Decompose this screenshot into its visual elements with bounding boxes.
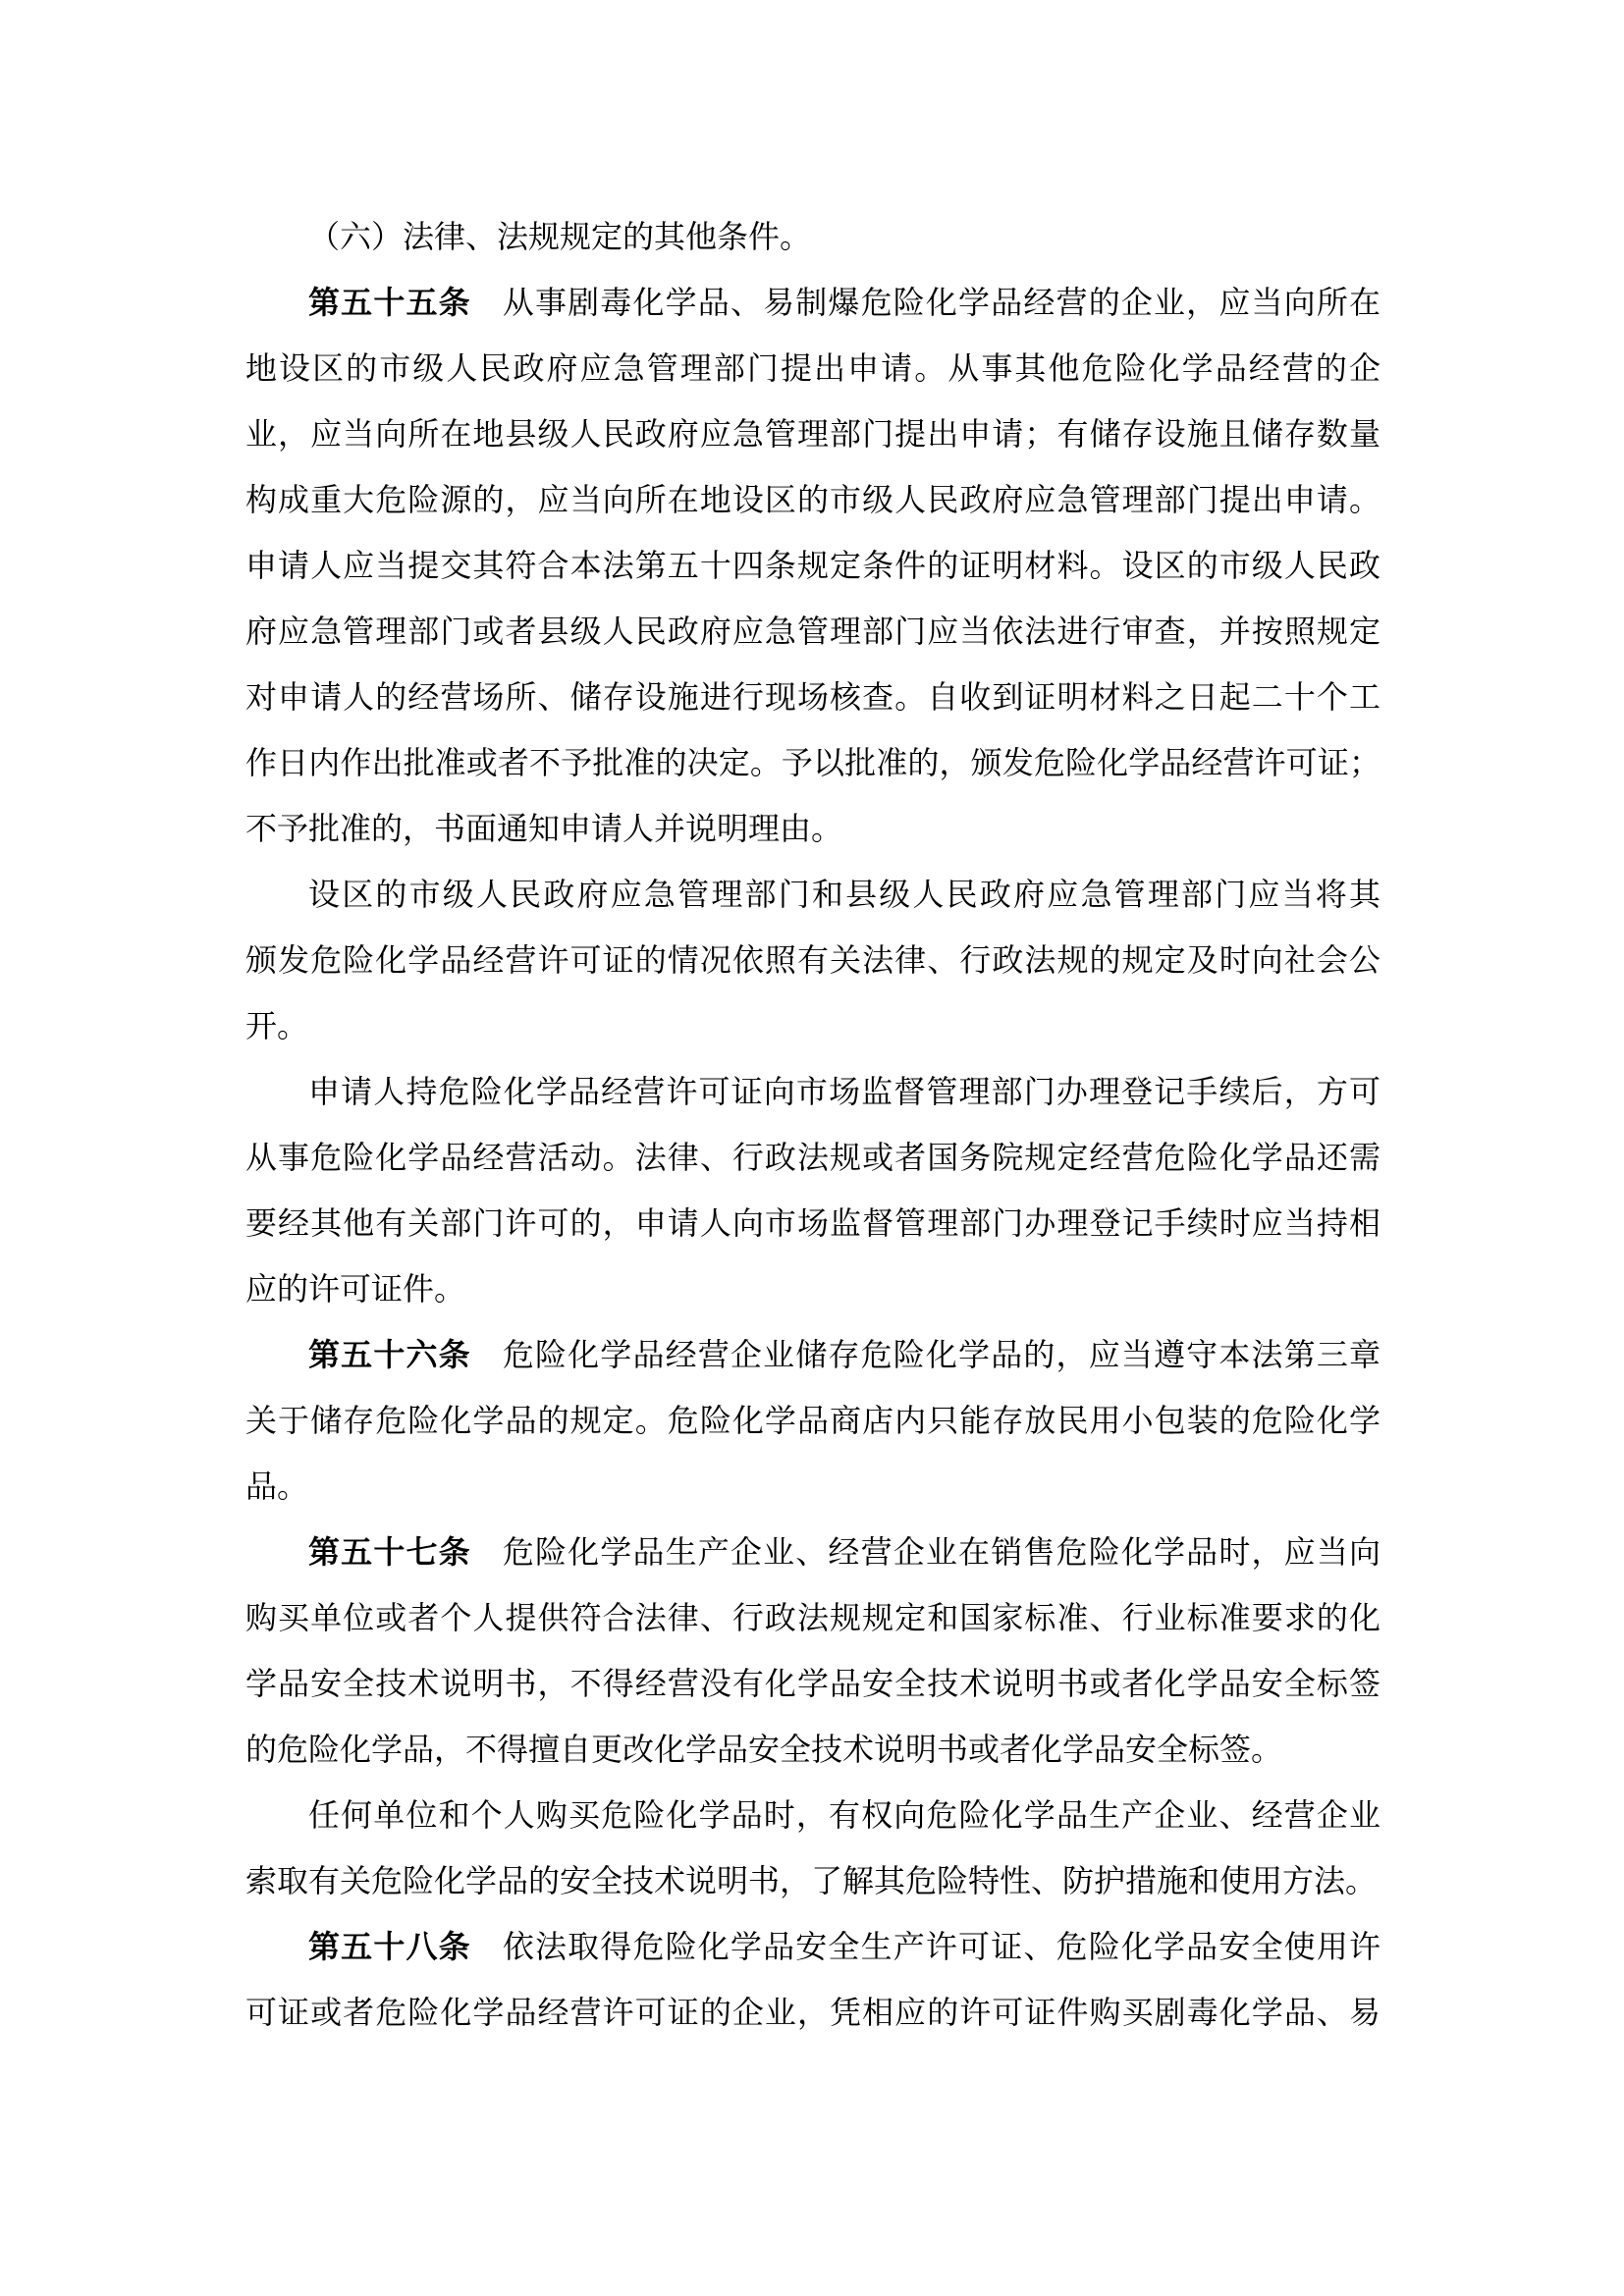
text-line: 构成重大危险源的，应当向所在地设区的市级人民政府应急管理部门提出申请。 (245, 467, 1380, 533)
text-line: 业，应当向所在地县级人民政府应急管理部门提出申请；有储存设施且储存数量 (245, 401, 1380, 467)
text-line: 索取有关危险化学品的安全技术说明书，了解其危险特性、防护措施和使用方法。 (245, 1848, 1380, 1914)
text-line: 地设区的市级人民政府应急管理部门提出申请。从事其他危险化学品经营的企 (245, 336, 1380, 401)
line-text: 的危险化学品，不得擅自更改化学品安全技术说明书或者化学品安全标签。 (245, 1732, 1282, 1767)
line-text: 学品安全技术说明书，不得经营没有化学品安全技术说明书或者化学品安全标签 (245, 1666, 1380, 1701)
line-text: 地设区的市级人民政府应急管理部门提出申请。从事其他危险化学品经营的企 (245, 350, 1380, 386)
text-line: 购买单位或者个人提供符合法律、行政法规规定和国家标准、行业标准要求的化 (245, 1585, 1380, 1651)
article-heading-line: 第五十六条危险化学品经营企业储存危险化学品的，应当遵守本法第三章 (245, 1322, 1380, 1388)
line-text: 府应急管理部门或者县级人民政府应急管理部门应当依法进行审查，并按照规定 (245, 614, 1380, 649)
document-text-block: （六）法律、法规规定的其他条件。第五十五条从事剧毒化学品、易制爆危险化学品经营的… (245, 204, 1380, 2046)
text-line: 设区的市级人民政府应急管理部门和县级人民政府应急管理部门应当将其 (245, 862, 1380, 928)
line-text: 要经其他有关部门许可的，申请人向市场监督管理部门办理登记手续时应当持相 (245, 1205, 1380, 1241)
line-text: 可证或者危险化学品经营许可证的企业，凭相应的许可证件购买剧毒化学品、易 (245, 1995, 1380, 2030)
line-text: 品。 (245, 1468, 308, 1504)
line-text: 从事危险化学品经营活动。法律、行政法规或者国务院规定经营危险化学品还需 (245, 1140, 1380, 1175)
article-number: 第五十八条 (308, 1929, 471, 1964)
line-text: 购买单位或者个人提供符合法律、行政法规规定和国家标准、行业标准要求的化 (245, 1600, 1380, 1635)
text-line: 关于储存危险化学品的规定。危险化学品商店内只能存放民用小包装的危险化学 (245, 1388, 1380, 1454)
text-line: 申请人持危险化学品经营许可证向市场监督管理部门办理登记手续后，方可 (245, 1059, 1380, 1125)
document-page: （六）法律、法规规定的其他条件。第五十五条从事剧毒化学品、易制爆危险化学品经营的… (0, 0, 1624, 2296)
article-number: 第五十七条 (308, 1534, 471, 1570)
line-text: 设区的市级人民政府应急管理部门和县级人民政府应急管理部门应当将其 (308, 877, 1380, 912)
line-text: 任何单位和个人购买危险化学品时，有权向危险化学品生产企业、经营企业 (308, 1797, 1380, 1833)
line-text: 开。 (245, 1008, 308, 1043)
text-line: 可证或者危险化学品经营许可证的企业，凭相应的许可证件购买剧毒化学品、易 (245, 1980, 1380, 2046)
text-line: 要经其他有关部门许可的，申请人向市场监督管理部门办理登记手续时应当持相 (245, 1191, 1380, 1256)
line-text: 申请人应当提交其符合本法第五十四条规定条件的证明材料。设区的市级人民政 (245, 548, 1380, 583)
line-text: 颁发危险化学品经营许可证的情况依照有关法律、行政法规的规定及时向社会公 (245, 942, 1380, 978)
line-text: 危险化学品经营企业储存危险化学品的，应当遵守本法第三章 (503, 1337, 1380, 1372)
text-line: 开。 (245, 993, 1380, 1059)
text-line: 府应急管理部门或者县级人民政府应急管理部门应当依法进行审查，并按照规定 (245, 599, 1380, 665)
text-line: 任何单位和个人购买危险化学品时，有权向危险化学品生产企业、经营企业 (245, 1783, 1380, 1848)
line-text: 关于储存危险化学品的规定。危险化学品商店内只能存放民用小包装的危险化学 (245, 1403, 1380, 1438)
line-text: 构成重大危险源的，应当向所在地设区的市级人民政府应急管理部门提出申请。 (245, 482, 1380, 517)
line-text: 危险化学品生产企业、经营企业在销售危险化学品时，应当向 (503, 1534, 1380, 1570)
line-text: 从事剧毒化学品、易制爆危险化学品经营的企业，应当向所在 (503, 285, 1380, 320)
line-text: 应的许可证件。 (245, 1271, 465, 1307)
article-heading-line: 第五十八条依法取得危险化学品安全生产许可证、危险化学品安全使用许 (245, 1914, 1380, 1980)
article-number: 第五十六条 (308, 1337, 471, 1372)
text-line: 从事危险化学品经营活动。法律、行政法规或者国务院规定经营危险化学品还需 (245, 1125, 1380, 1191)
line-text: 业，应当向所在地县级人民政府应急管理部门提出申请；有储存设施且储存数量 (245, 416, 1380, 452)
line-text: 索取有关危险化学品的安全技术说明书，了解其危险特性、防护措施和使用方法。 (245, 1863, 1377, 1898)
line-text: 申请人持危险化学品经营许可证向市场监督管理部门办理登记手续后，方可 (308, 1074, 1380, 1109)
text-line: 申请人应当提交其符合本法第五十四条规定条件的证明材料。设区的市级人民政 (245, 533, 1380, 599)
line-text: 作日内作出批准或者不予批准的决定。予以批准的，颁发危险化学品经营许可证； (245, 745, 1380, 780)
text-line: 的危险化学品，不得擅自更改化学品安全技术说明书或者化学品安全标签。 (245, 1717, 1380, 1783)
article-heading-line: 第五十五条从事剧毒化学品、易制爆危险化学品经营的企业，应当向所在 (245, 270, 1380, 336)
article-heading-line: 第五十七条危险化学品生产企业、经营企业在销售危险化学品时，应当向 (245, 1520, 1380, 1585)
line-text: （六）法律、法规规定的其他条件。 (308, 219, 811, 254)
text-line: 品。 (245, 1454, 1380, 1520)
text-line: 不予批准的，书面通知申请人并说明理由。 (245, 796, 1380, 862)
text-line: （六）法律、法规规定的其他条件。 (245, 204, 1380, 270)
text-line: 学品安全技术说明书，不得经营没有化学品安全技术说明书或者化学品安全标签 (245, 1651, 1380, 1717)
text-line: 作日内作出批准或者不予批准的决定。予以批准的，颁发危险化学品经营许可证； (245, 730, 1380, 796)
line-text: 对申请人的经营场所、储存设施进行现场核查。自收到证明材料之日起二十个工 (245, 679, 1380, 715)
article-number: 第五十五条 (308, 285, 471, 320)
text-line: 颁发危险化学品经营许可证的情况依照有关法律、行政法规的规定及时向社会公 (245, 928, 1380, 993)
line-text: 依法取得危险化学品安全生产许可证、危险化学品安全使用许 (503, 1929, 1380, 1964)
text-line: 对申请人的经营场所、储存设施进行现场核查。自收到证明材料之日起二十个工 (245, 665, 1380, 730)
text-line: 应的许可证件。 (245, 1256, 1380, 1322)
line-text: 不予批准的，书面通知申请人并说明理由。 (245, 811, 842, 846)
